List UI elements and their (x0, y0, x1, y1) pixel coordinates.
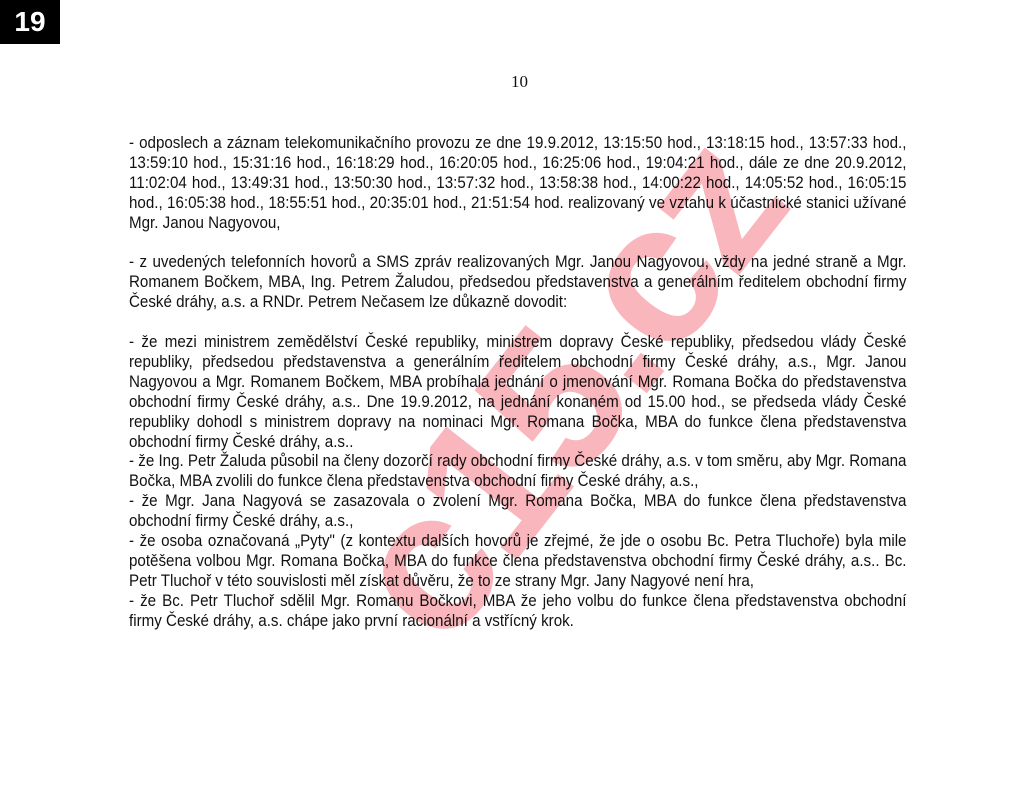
page-badge: 19 (0, 0, 60, 44)
paragraph-finding-nagyova: - že Mgr. Jana Nagyová se zasazovala o z… (129, 492, 906, 532)
document-body: - odposlech a záznam telekomunikačního p… (129, 134, 906, 632)
paragraph-finding-tluchor: - že Bc. Petr Tluchoř sdělil Mgr. Romanu… (129, 592, 906, 632)
paragraph-evidence-intro: - z uvedených telefonních hovorů a SMS z… (129, 253, 906, 313)
paragraph-finding-negotiations: - že mezi ministrem zemědělství České re… (129, 333, 906, 452)
badge-number: 19 (14, 6, 45, 38)
paragraph-finding-pyty: - že osoba označovaná „Pyty" (z kontextu… (129, 532, 906, 592)
page-number: 10 (511, 72, 528, 92)
paragraph-wiretap-record: - odposlech a záznam telekomunikačního p… (129, 134, 906, 234)
paragraph-finding-zaluda: - že Ing. Petr Žaluda působil na členy d… (129, 452, 906, 492)
